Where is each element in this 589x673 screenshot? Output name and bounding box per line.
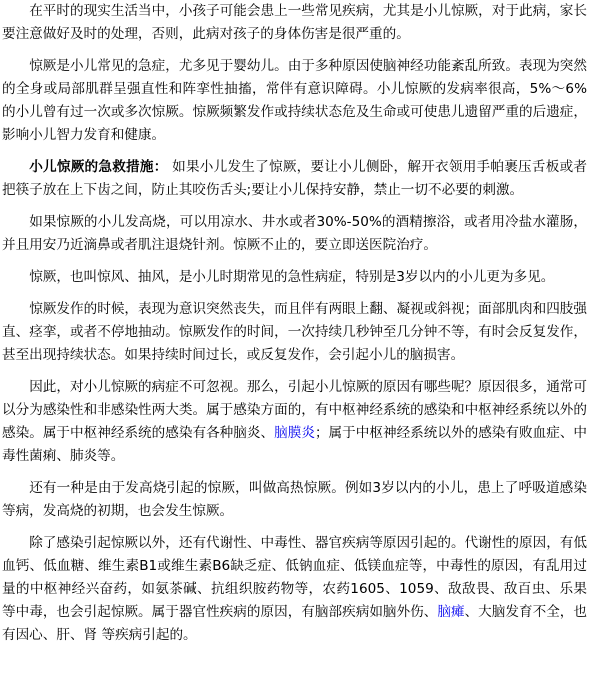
paragraph-definition: 惊厥是小儿常见的急症，尤多见于婴幼儿。由于多种原因使脑神经功能紊乱所致。表现为突…	[2, 55, 587, 147]
paragraph-intro: 在平时的现实生活当中，小孩子可能会患上一些常见疾病，尤其是小儿惊厥，对于此病，家…	[2, 0, 587, 46]
paragraph-first-aid: 小儿惊厥的急救措施： 如果小儿发生了惊厥，要让小儿侧卧，解开衣领用手帕裹压舌板或…	[2, 156, 587, 202]
link-cerebral-palsy[interactable]: 脑瘫	[437, 604, 464, 620]
paragraph-fever-treatment: 如果惊厥的小儿发高烧，可以用凉水、井水或者30%-50%的酒精擦浴，或者用冷盐水…	[2, 211, 587, 257]
paragraph-alias: 惊厥，也叫惊风、抽风，是小儿时期常见的急性病症，特别是3岁以内的小儿更为多见。	[2, 266, 587, 289]
paragraph-causes-infection: 因此，对小儿惊厥的病症不可忽视。那么，引起小儿惊厥的原因有哪些呢？原因很多，通常…	[2, 376, 587, 468]
first-aid-heading: 小儿惊厥的急救措施：	[29, 159, 167, 175]
paragraph-causes-other: 除了感染引起惊厥以外，还有代谢性、中毒性、器官疾病等原因引起的。代谢性的原因，有…	[2, 532, 587, 647]
paragraph-symptoms: 惊厥发作的时候，表现为意识突然丧失，而且伴有两眼上翻、凝视或斜视；面部肌肉和四肢…	[2, 298, 587, 367]
article-body: 在平时的现实生活当中，小孩子可能会患上一些常见疾病，尤其是小儿惊厥，对于此病，家…	[0, 0, 587, 647]
paragraph-febrile-seizure: 还有一种是由于发高烧引起的惊厥，叫做高热惊厥。例如3岁以内的小儿，患上了呼吸道感…	[2, 477, 587, 523]
link-meningitis[interactable]: 脑膜炎	[274, 425, 315, 441]
